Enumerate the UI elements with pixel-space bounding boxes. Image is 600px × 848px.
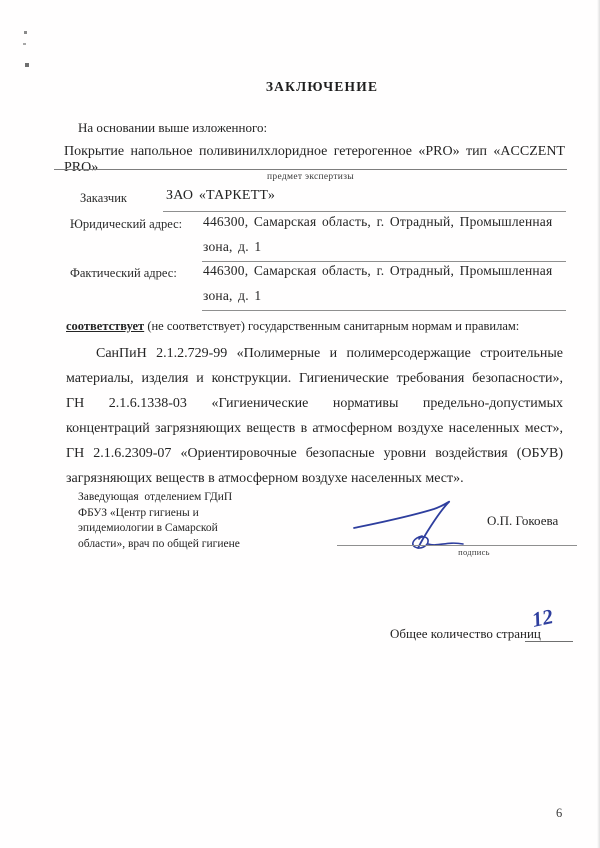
scan-artifact: [24, 31, 27, 34]
actual-address-label: Фактический адрес:: [70, 266, 177, 281]
intro-text: На основании выше изложенного:: [78, 120, 267, 136]
document-page: ЗАКЛЮЧЕНИЕ На основании выше изложенного…: [0, 0, 600, 848]
actual-address-line2: зона, д. 1: [203, 288, 261, 304]
conclusion-line: ГН 2.1.6.1338-03 «Гигиенические норматив…: [66, 391, 563, 416]
legal-address-label: Юридический адрес:: [70, 217, 182, 232]
signatory-position-line: Заведующая отделением ГДиП: [78, 490, 240, 506]
scan-artifact: [25, 63, 29, 67]
customer-underline: [163, 211, 566, 212]
conclusion-paragraph: СанПиН 2.1.2.729-99 «Полимерные и полиме…: [66, 341, 563, 491]
legal-address-line2: зона, д. 1: [203, 239, 261, 255]
signatory-position-line: эпидемиологии в Самарской: [78, 521, 240, 537]
signatory-name: О.П. Гокоева: [487, 513, 558, 529]
customer-label: Заказчик: [80, 191, 127, 206]
verdict-term: соответствует: [66, 319, 144, 333]
signatory-position: Заведующая отделением ГДиП ФБУЗ «Центр г…: [78, 490, 240, 552]
total-pages-underline: [525, 641, 573, 642]
conclusion-line: материалы, изделия и конструкции. Гигиен…: [66, 366, 563, 391]
signature-caption: подпись: [444, 547, 504, 557]
scan-artifact: [23, 43, 26, 45]
signature-ink: [350, 498, 470, 550]
document-title: ЗАКЛЮЧЕНИЕ: [0, 79, 600, 95]
conclusion-line: концентраций загрязняющих веществ в атмо…: [66, 416, 563, 441]
total-pages-handwritten: 12: [530, 604, 556, 633]
conclusion-line: загрязняющих веществ в атмосферном возду…: [66, 466, 563, 491]
verdict-rest: (не соответствует) государственным санит…: [144, 319, 519, 333]
legal-address-line1: 446300, Самарская область, г. Отрадный, …: [203, 214, 552, 230]
page-number: 6: [556, 806, 562, 821]
subject-caption: предмет экспертизы: [54, 172, 567, 182]
signature-underline: [337, 545, 577, 546]
legal-address-underline: [202, 261, 566, 262]
subject-underline: [54, 169, 567, 170]
signatory-position-line: ФБУЗ «Центр гигиены и: [78, 506, 240, 522]
customer-value: ЗАО «ТАРКЕТТ»: [166, 188, 275, 204]
total-pages-label: Общее количество страниц: [390, 626, 541, 642]
actual-address-line1: 446300, Самарская область, г. Отрадный, …: [203, 263, 552, 279]
actual-address-underline: [202, 310, 566, 311]
conclusion-line: ГН 2.1.6.2309-07 «Ориентировочные безопа…: [66, 441, 563, 466]
signatory-position-line: области», врач по общей гигиене: [78, 537, 240, 553]
verdict-line: соответствует (не соответствует) государ…: [66, 319, 519, 334]
conclusion-line: СанПиН 2.1.2.729-99 «Полимерные и полиме…: [66, 341, 563, 366]
